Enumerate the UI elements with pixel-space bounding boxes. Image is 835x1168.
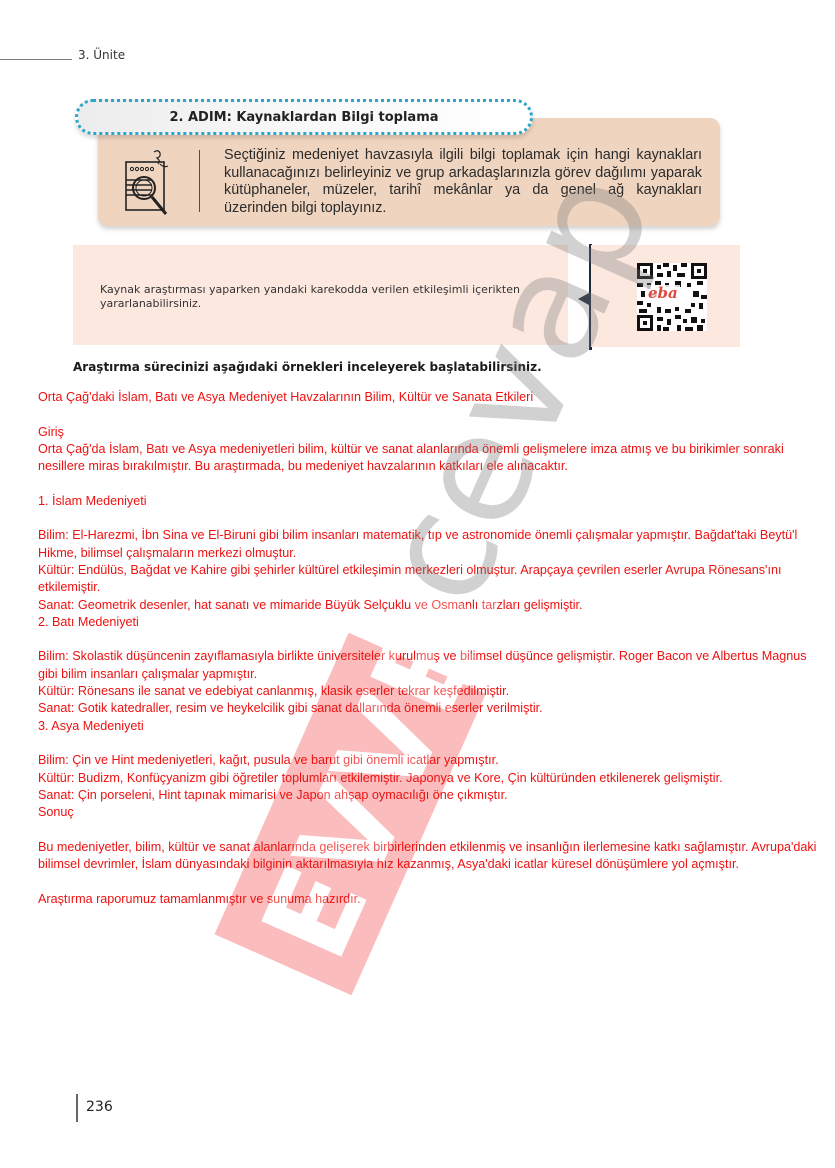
intro-heading: Giriş	[38, 424, 828, 441]
section-heading: 2. Batı Medeniyeti	[38, 614, 828, 631]
pointer-arrow-icon	[578, 293, 589, 305]
section-line: Kültür: Rönesans ile sanat ve edebiyat c…	[38, 683, 828, 700]
section-line: Sanat: Gotik katedraller, resim ve heyke…	[38, 700, 828, 717]
section-line: Bilim: Çin ve Hint medeniyetleri, kağıt,…	[38, 752, 828, 769]
section-line: Kültür: Budizm, Konfüçyanizm gibi öğreti…	[38, 770, 828, 787]
qr-logo: eba	[646, 285, 680, 301]
section-heading: 1. İslam Medeniyeti	[38, 493, 828, 510]
section-heading: 3. Asya Medeniyeti	[38, 718, 828, 735]
unit-label: 3. Ünite	[78, 48, 125, 62]
step-divider	[199, 150, 200, 212]
step-instruction: Seçtiğiniz medeniyet havzasıyla ilgili b…	[224, 147, 702, 217]
section-line: Sanat: Geometrik desenler, hat sanatı ve…	[38, 597, 828, 614]
unit-rule	[0, 59, 72, 60]
section-line: Kültür: Endülüs, Bağdat ve Kahire gibi ş…	[38, 562, 828, 597]
section-line: Sanat: Çin porseleni, Hint tapınak mimar…	[38, 787, 828, 804]
step-title: 2. ADIM: Kaynaklardan Bilgi toplama	[169, 110, 438, 125]
answer-title: Orta Çağ'daki İslam, Batı ve Asya Medeni…	[38, 389, 828, 406]
document-search-icon	[122, 148, 182, 222]
step-title-pill: 2. ADIM: Kaynaklardan Bilgi toplama	[75, 99, 533, 135]
conclusion-heading: Sonuç	[38, 804, 828, 821]
page-rule	[76, 1094, 78, 1122]
section-line: Bilim: El-Harezmi, İbn Sina ve El-Biruni…	[38, 527, 828, 562]
closing-line: Araştırma raporumuz tamamlanmıştır ve su…	[38, 891, 828, 908]
intro-text: Araştırma sürecinizi aşağıdaki örnekleri…	[73, 360, 542, 374]
section-line: Bilim: Skolastik düşüncenin zayıflamasıy…	[38, 648, 828, 683]
answer-body: Orta Çağ'daki İslam, Batı ve Asya Medeni…	[38, 389, 828, 908]
intro-paragraph: Orta Çağ'da İslam, Batı ve Asya medeniye…	[38, 441, 828, 476]
conclusion-paragraph: Bu medeniyetler, bilim, kültür ve sanat …	[38, 839, 828, 874]
page-number: 236	[86, 1099, 113, 1115]
qr-note-text: Kaynak araştırması yaparken yandaki kare…	[100, 283, 555, 311]
